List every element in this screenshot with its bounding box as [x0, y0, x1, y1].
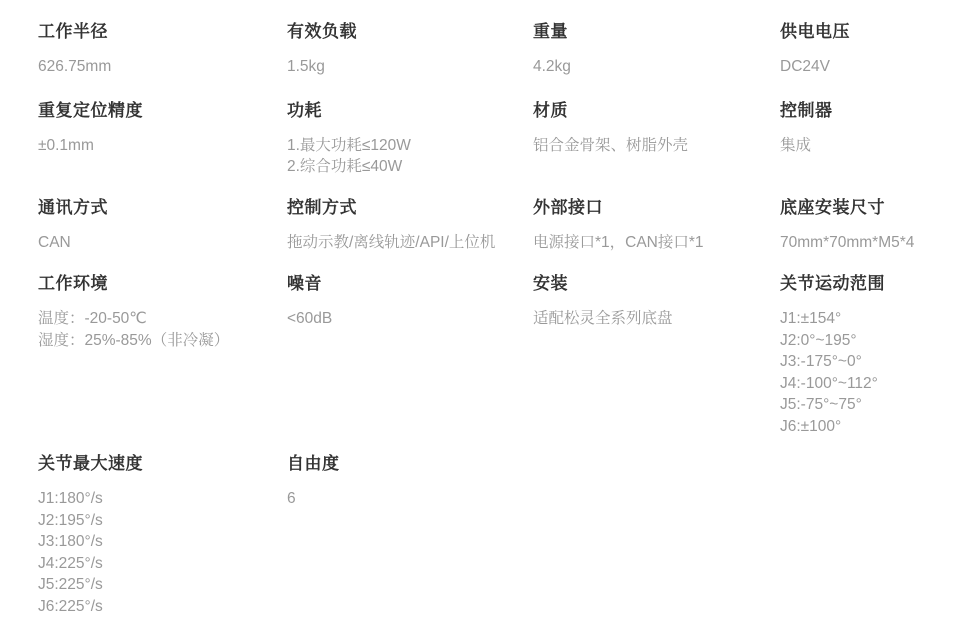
spec-item-base-mounting-size: 底座安装尺寸 70mm*70mm*M5*4: [780, 196, 962, 254]
spec-value: CAN: [38, 232, 275, 254]
spec-value: 适配松灵全系列底盘: [533, 308, 768, 330]
spec-label: 工作半径: [38, 20, 275, 44]
spec-item-external-interface: 外部接口 电源接口*1，CAN接口*1: [533, 196, 780, 254]
spec-value: J2:0°~195°: [780, 330, 950, 352]
spec-value: DC24V: [780, 56, 950, 78]
spec-label: 重复定位精度: [38, 99, 275, 123]
spec-sheet: 工作半径 626.75mm 有效负载 1.5kg 重量 4.2kg 供电电压 D…: [0, 0, 962, 617]
spec-item-controller: 控制器 集成: [780, 99, 962, 178]
spec-item-joint-max-speed: 关节最大速度 J1:180°/s J2:195°/s J3:180°/s J4:…: [38, 452, 287, 617]
spec-value: 铝合金骨架、树脂外壳: [533, 135, 768, 157]
spec-value: 1.最大功耗≤120W: [287, 135, 521, 157]
spec-value: ±0.1mm: [38, 135, 275, 157]
spec-item-communication: 通讯方式 CAN: [38, 196, 287, 254]
spec-value: J1:±154°: [780, 308, 950, 330]
spec-row-4: 工作环境 温度：-20-50℃ 湿度：25%-85%（非冷凝） 噪音 <60dB…: [38, 272, 962, 437]
spec-value: J4:-100°~112°: [780, 373, 950, 395]
spec-value: 1.5kg: [287, 56, 521, 78]
spec-value: J4:225°/s: [38, 553, 275, 575]
spec-value: 626.75mm: [38, 56, 275, 78]
spec-label: 材质: [533, 99, 768, 123]
spec-value: J1:180°/s: [38, 488, 275, 510]
spec-row-5: 关节最大速度 J1:180°/s J2:195°/s J3:180°/s J4:…: [38, 452, 962, 617]
spec-item-joint-motion-range: 关节运动范围 J1:±154° J2:0°~195° J3:-175°~0° J…: [780, 272, 962, 437]
spec-item-power-consumption: 功耗 1.最大功耗≤120W 2.综合功耗≤40W: [287, 99, 533, 178]
spec-label: 有效负载: [287, 20, 521, 44]
spec-label: 关节运动范围: [780, 272, 950, 296]
spec-value: J3:180°/s: [38, 531, 275, 553]
spec-value: J3:-175°~0°: [780, 351, 950, 373]
spec-value: 6: [287, 488, 521, 510]
spec-label: 功耗: [287, 99, 521, 123]
spec-item-weight: 重量 4.2kg: [533, 20, 780, 78]
spec-cell-empty: [533, 452, 780, 617]
spec-item-installation: 安装 适配松灵全系列底盘: [533, 272, 780, 437]
spec-row-3: 通讯方式 CAN 控制方式 拖动示教/离线轨迹/API/上位机 外部接口 电源接…: [38, 196, 962, 254]
spec-value: 集成: [780, 135, 950, 157]
spec-value: J6:225°/s: [38, 596, 275, 618]
spec-item-control-method: 控制方式 拖动示教/离线轨迹/API/上位机: [287, 196, 533, 254]
spec-item-working-environment: 工作环境 温度：-20-50℃ 湿度：25%-85%（非冷凝）: [38, 272, 287, 437]
spec-label: 控制器: [780, 99, 950, 123]
spec-value: 拖动示教/离线轨迹/API/上位机: [287, 232, 521, 254]
spec-item-payload: 有效负载 1.5kg: [287, 20, 533, 78]
spec-value: J6:±100°: [780, 416, 950, 438]
spec-value: 4.2kg: [533, 56, 768, 78]
spec-row-1: 工作半径 626.75mm 有效负载 1.5kg 重量 4.2kg 供电电压 D…: [38, 20, 962, 78]
spec-item-material: 材质 铝合金骨架、树脂外壳: [533, 99, 780, 178]
spec-label: 关节最大速度: [38, 452, 275, 476]
spec-item-noise: 噪音 <60dB: [287, 272, 533, 437]
spec-item-supply-voltage: 供电电压 DC24V: [780, 20, 962, 78]
spec-label: 自由度: [287, 452, 521, 476]
spec-value: J2:195°/s: [38, 510, 275, 532]
spec-value: 70mm*70mm*M5*4: [780, 232, 950, 254]
spec-label: 外部接口: [533, 196, 768, 220]
spec-label: 重量: [533, 20, 768, 44]
spec-value: 湿度：25%-85%（非冷凝）: [38, 330, 275, 352]
spec-value: J5:225°/s: [38, 574, 275, 596]
spec-label: 通讯方式: [38, 196, 275, 220]
spec-row-2: 重复定位精度 ±0.1mm 功耗 1.最大功耗≤120W 2.综合功耗≤40W …: [38, 99, 962, 178]
spec-label: 底座安装尺寸: [780, 196, 950, 220]
spec-label: 供电电压: [780, 20, 950, 44]
spec-label: 噪音: [287, 272, 521, 296]
spec-item-degrees-of-freedom: 自由度 6: [287, 452, 533, 617]
spec-value: 2.综合功耗≤40W: [287, 156, 521, 178]
spec-value: <60dB: [287, 308, 521, 330]
spec-label: 控制方式: [287, 196, 521, 220]
spec-value: 温度：-20-50℃: [38, 308, 275, 330]
spec-item-repeatability: 重复定位精度 ±0.1mm: [38, 99, 287, 178]
spec-value: 电源接口*1，CAN接口*1: [533, 232, 768, 254]
spec-value: J5:-75°~75°: [780, 394, 950, 416]
spec-label: 安装: [533, 272, 768, 296]
spec-label: 工作环境: [38, 272, 275, 296]
spec-cell-empty: [780, 452, 962, 617]
spec-item-working-radius: 工作半径 626.75mm: [38, 20, 287, 78]
